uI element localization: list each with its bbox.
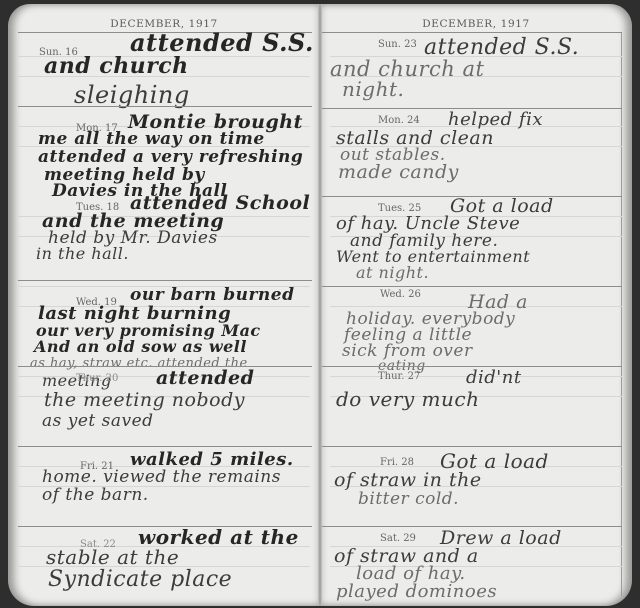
day-entry-sat-22: Sat. 22 worked at the stable at the Synd… bbox=[18, 526, 312, 606]
handwriting-line: do very much bbox=[336, 389, 479, 409]
day-entry-sat-29: Sat. 29 Drew a load of straw and a load … bbox=[320, 526, 622, 606]
day-label: Fri. 28 bbox=[380, 457, 414, 468]
handwriting-line: the meeting nobody bbox=[44, 391, 245, 410]
day-label: Wed. 26 bbox=[380, 289, 421, 300]
handwriting-line: stable at the bbox=[46, 547, 179, 567]
day-entry-thur-20: Thur. 20 attended the meeting nobody as … bbox=[18, 366, 312, 451]
handwriting-line: of straw in the bbox=[334, 471, 482, 490]
right-page: DECEMBER, 1917 Sun. 23 attended S.S. and… bbox=[320, 4, 632, 606]
handwriting-line: made candy bbox=[338, 163, 459, 182]
handwriting-line: as yet saved bbox=[42, 413, 154, 430]
handwriting-line: worked at the bbox=[138, 527, 299, 547]
handwriting-line: home. viewed the remains bbox=[42, 469, 281, 486]
day-label: Sun. 23 bbox=[378, 39, 417, 50]
handwriting-line: Got a load bbox=[440, 451, 549, 471]
day-entry-fri-21: Fri. 21 walked 5 miles. home. viewed the… bbox=[18, 446, 312, 527]
handwriting-line: night. bbox=[342, 79, 404, 99]
day-label: Thur. 20 bbox=[76, 373, 118, 384]
day-entry-sun-16: Sun. 16 attended S.S. and church sleighi… bbox=[18, 32, 312, 107]
handwriting-line: attended a very refreshing bbox=[38, 149, 303, 166]
handwriting-line: played dominoes bbox=[336, 583, 497, 601]
day-entry-thur-27: Thur. 27 did'nt do very much bbox=[320, 366, 622, 449]
day-entry-mon-17: Mon. 17 Montie brought me all the way on… bbox=[18, 106, 312, 203]
month-header-right: DECEMBER, 1917 bbox=[320, 18, 632, 30]
day-label: Thur. 27 bbox=[378, 371, 420, 382]
handwriting-line: did'nt bbox=[466, 369, 522, 387]
handwriting-line: in the hall. bbox=[36, 246, 129, 262]
handwriting-line: our barn burned bbox=[130, 287, 294, 304]
handwriting-line: and church bbox=[44, 55, 189, 77]
day-entry-wed-26: Wed. 26 Had a holiday. everybody feeling… bbox=[320, 286, 622, 367]
handwriting-line: Syndicate place bbox=[48, 569, 232, 591]
handwriting-line: of the barn. bbox=[42, 487, 149, 504]
left-page: DECEMBER, 1917 Sun. 16 attended S.S. and… bbox=[8, 4, 320, 606]
handwriting-line: attended S.S. bbox=[424, 37, 579, 59]
day-label: Sat. 29 bbox=[380, 533, 416, 544]
handwriting-line: bitter cold. bbox=[358, 491, 459, 508]
book-gutter bbox=[318, 4, 322, 606]
handwriting-line: sleighing bbox=[74, 83, 190, 107]
day-entry-sun-23: Sun. 23 attended S.S. and church at nigh… bbox=[320, 32, 622, 107]
handwriting-line: at night. bbox=[356, 265, 429, 281]
day-label: Mon. 24 bbox=[378, 115, 420, 126]
day-entry-mon-24: Mon. 24 helped fix stalls and clean out … bbox=[320, 108, 622, 183]
day-entry-tues-25: Tues. 25 Got a load of hay. Uncle Steve … bbox=[320, 196, 622, 279]
day-entry-fri-28: Fri. 28 Got a load of straw in the bitte… bbox=[320, 446, 622, 527]
handwriting-line: me all the way on time bbox=[38, 131, 265, 148]
diary-spread: DECEMBER, 1917 Sun. 16 attended S.S. and… bbox=[0, 0, 640, 608]
handwriting-line: attended S.S. bbox=[130, 31, 314, 55]
handwriting-line: attended bbox=[156, 369, 254, 388]
handwriting-line: And an old sow as well bbox=[34, 339, 247, 355]
day-entry-wed-19: Wed. 19 our barn burned last night burni… bbox=[18, 280, 312, 367]
